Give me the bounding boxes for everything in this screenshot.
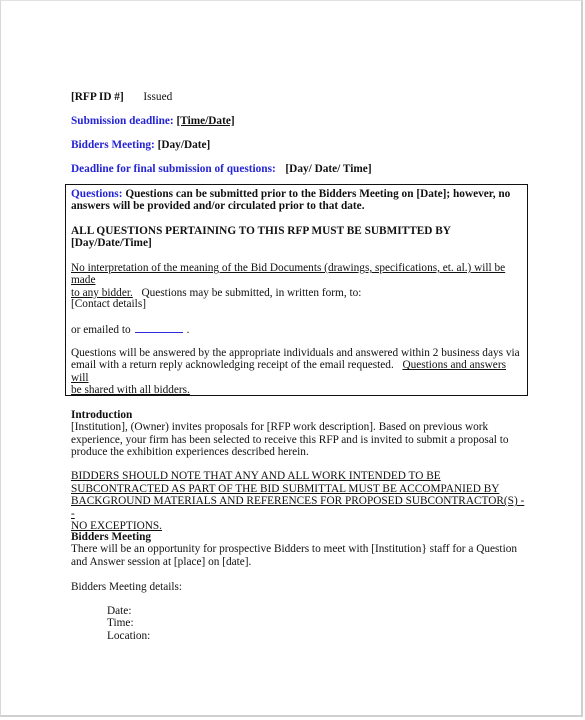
emailed-to-line: or emailed to. bbox=[71, 322, 526, 336]
notice-line3: BACKGROUND MATERIALS AND REFERENCES FOR … bbox=[71, 495, 526, 520]
issued-label: Issued bbox=[143, 91, 172, 103]
rfp-id: [RFP ID #] bbox=[71, 91, 124, 103]
rfp-id-line: [RFP ID #] Issued bbox=[71, 91, 172, 104]
answer-line2-plain: email with a return reply acknowledging … bbox=[71, 359, 394, 371]
field-location: Location: bbox=[107, 630, 407, 642]
notice-line2: SUBCONTRACTED AS PART OF THE BID SUBMITT… bbox=[71, 483, 526, 496]
questions-deadline-line2: [Day/Date/Time] bbox=[71, 237, 526, 249]
bidders-meeting-heading: Bidders Meeting bbox=[71, 531, 526, 543]
submission-deadline-value: [Time/Date] bbox=[176, 115, 234, 127]
questions-label: Questions: bbox=[71, 188, 122, 200]
answers-paragraph: Questions will be answered by the approp… bbox=[71, 347, 526, 397]
interpretation-line2-underlined: to any bidder. bbox=[71, 287, 133, 299]
bidders-meeting-line1: There will be an opportunity for prospec… bbox=[71, 543, 526, 555]
submission-deadline-line: Submission deadline: [Time/Date] bbox=[71, 115, 235, 128]
emailed-prefix: or emailed to bbox=[71, 324, 131, 336]
questions-intro-line1: Questions can be submitted prior to the … bbox=[125, 188, 510, 200]
introduction-section: Introduction [Institution], (Owner) invi… bbox=[71, 409, 526, 459]
introduction-heading: Introduction bbox=[71, 409, 526, 421]
questions-intro-line2: answers will be provided and/or circulat… bbox=[71, 200, 526, 212]
final-questions-line: Deadline for final submission of questio… bbox=[71, 163, 372, 176]
interpretation-paragraph: No interpretation of the meaning of the … bbox=[71, 262, 526, 299]
bidders-meeting-label: Bidders Meeting: bbox=[71, 139, 155, 151]
field-date: Date: bbox=[107, 605, 407, 617]
document-page: [RFP ID #] Issued Submission deadline: [… bbox=[0, 0, 583, 717]
field-time: Time: bbox=[107, 617, 407, 629]
bidders-meeting-line2: and Answer session at [place] on [date]. bbox=[71, 556, 526, 568]
interpretation-line2-rest: Questions may be submitted, in written f… bbox=[141, 287, 361, 299]
notice-line1: BIDDERS SHOULD NOTE THAT ANY AND ALL WOR… bbox=[71, 470, 526, 483]
bidders-meeting-value: [Day/Date] bbox=[158, 139, 211, 151]
bidders-meeting-fields: Date: Time: Location: bbox=[107, 605, 407, 642]
bidders-meeting-line: Bidders Meeting: [Day/Date] bbox=[71, 139, 210, 152]
emailed-suffix: . bbox=[187, 324, 190, 336]
questions-deadline-line1: ALL QUESTIONS PERTAINING TO THIS RFP MUS… bbox=[71, 225, 526, 237]
final-questions-value: [Day/ Date/ Time] bbox=[285, 163, 371, 175]
questions-deadline: ALL QUESTIONS PERTAINING TO THIS RFP MUS… bbox=[71, 225, 526, 250]
introduction-line1: [Institution], (Owner) invites proposals… bbox=[71, 421, 526, 433]
interpretation-line1: No interpretation of the meaning of the … bbox=[71, 262, 526, 287]
subcontract-notice: BIDDERS SHOULD NOTE THAT ANY AND ALL WOR… bbox=[71, 470, 526, 533]
answer-line3-underlined: be shared with all bidders. bbox=[71, 384, 526, 396]
contact-details: [Contact details] bbox=[71, 298, 526, 310]
bidders-meeting-section: Bidders Meeting There will be an opportu… bbox=[71, 531, 526, 568]
introduction-line3: produce the exhibition experiences descr… bbox=[71, 446, 526, 458]
submission-deadline-label: Submission deadline: bbox=[71, 115, 174, 127]
introduction-line2: experience, your firm has been selected … bbox=[71, 434, 526, 446]
final-questions-label: Deadline for final submission of questio… bbox=[71, 163, 276, 175]
email-blank-field bbox=[135, 322, 183, 333]
answer-line1: Questions will be answered by the approp… bbox=[71, 347, 526, 359]
questions-intro: Questions: Questions can be submitted pr… bbox=[71, 188, 526, 213]
bidders-meeting-details-label: Bidders Meeting details: bbox=[71, 581, 526, 593]
